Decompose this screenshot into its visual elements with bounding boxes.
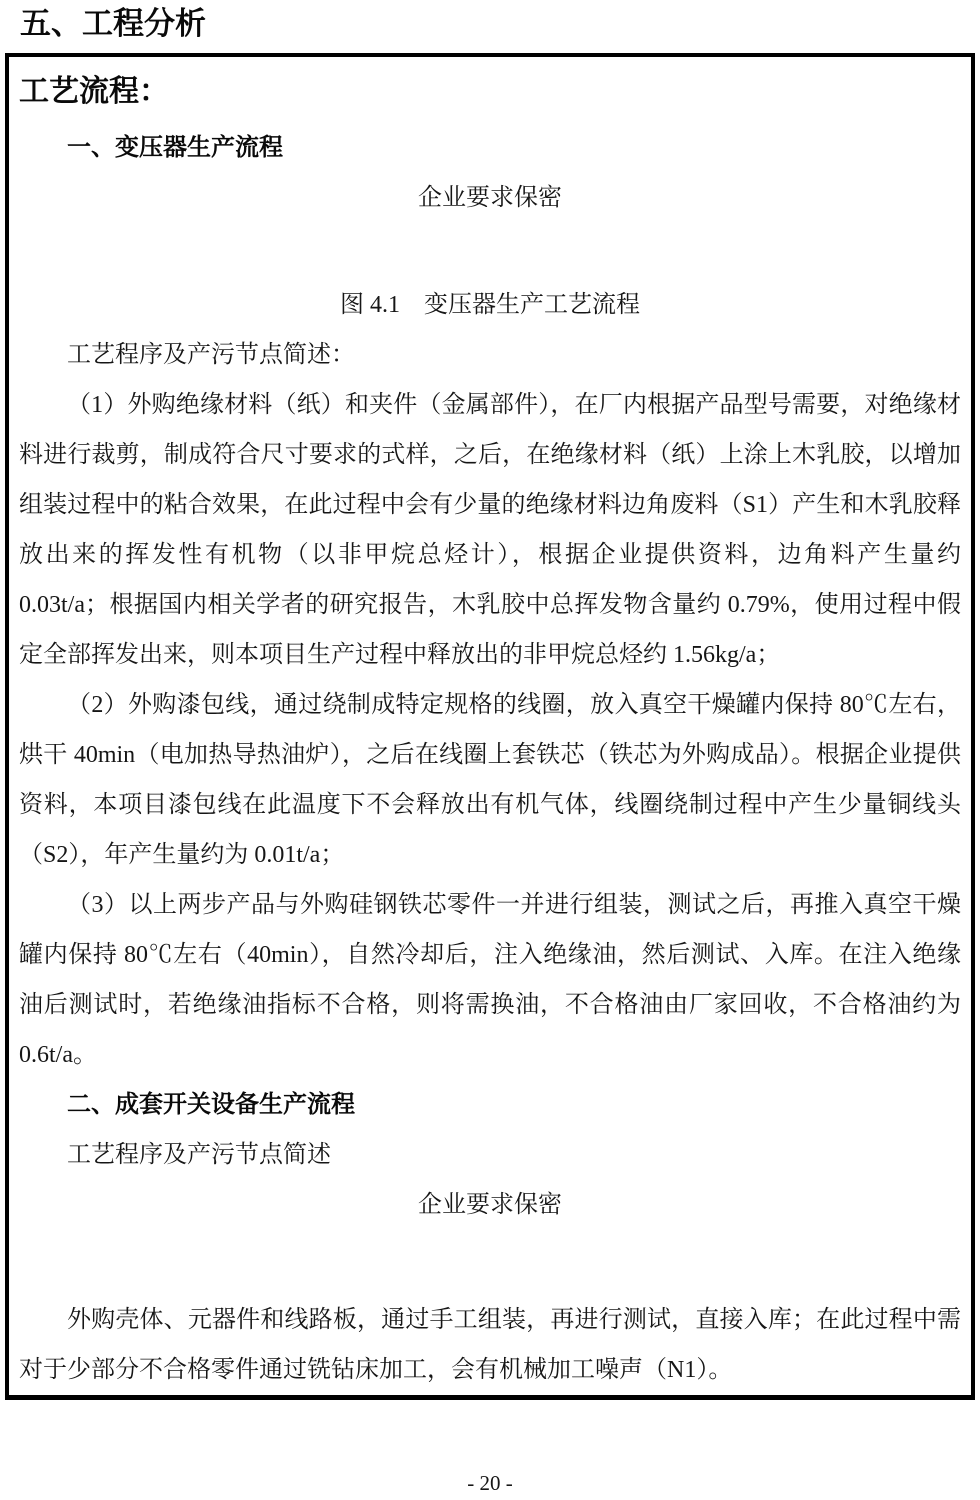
figure-4-1-caption: 图 4.1 变压器生产工艺流程 <box>19 280 961 330</box>
section1-confidential-notice: 企业要求保密 <box>19 173 961 223</box>
section1-hidden-figure-area <box>19 223 961 280</box>
section1-paragraph-3: （3）以上两步产品与外购硅钢铁芯零件一并进行组装，测试之后，再推入真空干燥罐内保… <box>19 880 961 1080</box>
section2-heading-switchgear-flow: 二、成套开关设备生产流程 <box>67 1080 961 1130</box>
page-number: - 20 - <box>0 1470 980 1496</box>
section2-confidential-notice: 企业要求保密 <box>19 1180 961 1230</box>
section1-process-intro: 工艺程序及产污节点简述： <box>19 330 961 380</box>
page-title: 五、工程分析 <box>20 4 980 44</box>
section2-hidden-figure-area <box>19 1230 961 1295</box>
section1-heading-transformer-flow: 一、变压器生产流程 <box>67 123 961 173</box>
section2-paragraph-1: 外购壳体、元器件和线路板，通过手工组装，再进行测试，直接入库；在此过程中需对于少… <box>19 1295 961 1395</box>
section2-process-intro: 工艺程序及产污节点简述 <box>19 1130 961 1180</box>
section1-paragraph-2: （2）外购漆包线，通过绕制成特定规格的线圈，放入真空干燥罐内保持 80℃左右，烘… <box>19 680 961 880</box>
document-page: { "page": { "title": "五、工程分析", "footer_p… <box>0 0 980 1500</box>
section1-paragraph-1: （1）外购绝缘材料（纸）和夹件（金属部件），在厂内根据产品型号需要，对绝缘材料进… <box>19 380 961 680</box>
process-flow-box: 工艺流程： 一、变压器生产流程 企业要求保密 图 4.1 变压器生产工艺流程 工… <box>5 53 975 1400</box>
box-heading-process-flow: 工艺流程： <box>19 57 961 113</box>
